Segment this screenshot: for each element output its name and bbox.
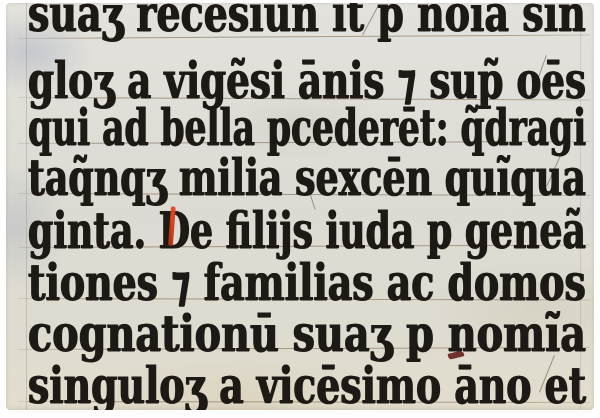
margin-ruling-left — [26, 3, 27, 410]
line-text: suaʒ recēsiun it p noīa sin — [28, 3, 586, 46]
manuscript-line-8: singuloʒ a vicēsimo āno et — [28, 359, 586, 410]
parchment-page: suaʒ recēsiun it p noīa sin gloʒ a vigẽs… — [6, 3, 594, 410]
manuscript-photo: suaʒ recēsiun it p noīa sin gloʒ a vigẽs… — [0, 0, 600, 418]
line-text: singuloʒ a vicēsimo āno et — [28, 355, 586, 410]
manuscript-line-4: taq̃nqʒ milia sexcēn quĩqua — [28, 151, 586, 207]
manuscript-line-1: suaʒ recēsiun it p noīa sin — [28, 3, 586, 43]
